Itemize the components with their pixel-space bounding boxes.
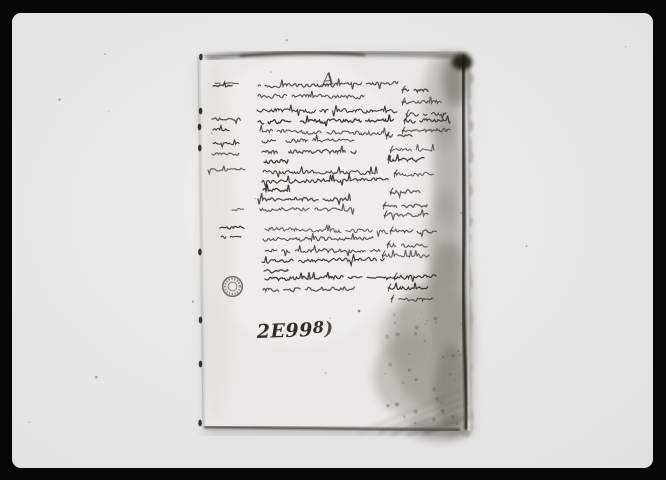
dust-speck	[286, 39, 288, 41]
mottle-speck	[409, 353, 411, 355]
binding-mark	[199, 317, 203, 324]
mottle-speck	[423, 340, 425, 342]
mottle-speck	[415, 378, 418, 381]
mottle-speck	[437, 400, 440, 403]
dust-speck	[264, 265, 265, 266]
mottle-speck	[454, 380, 456, 382]
mottle-speck	[414, 332, 417, 335]
paper-margin-shade	[197, 60, 233, 420]
mottle-speck	[415, 325, 419, 329]
mottle-speck	[461, 330, 463, 332]
mottle-speck	[402, 381, 405, 384]
cote-part2: 8	[311, 318, 324, 337]
mottle-speck	[414, 422, 416, 424]
dust-speck	[95, 376, 97, 378]
mottle-speck	[451, 354, 455, 358]
mottle-speck	[451, 415, 455, 419]
mottle-speck	[393, 313, 396, 316]
mottle-speck	[421, 312, 423, 314]
mottle-speck	[385, 335, 389, 339]
mottle-speck	[432, 387, 436, 391]
cote-part1: 2E99	[255, 319, 313, 343]
dust-speck	[104, 53, 106, 55]
stain-wash	[434, 55, 466, 435]
dust-speck	[192, 301, 194, 303]
dust-speck	[211, 132, 213, 134]
microfilm-frame: A 2E998)	[0, 0, 666, 480]
mottle-speck	[426, 320, 428, 322]
mottle-speck	[403, 415, 406, 418]
mottle-speck	[440, 402, 443, 405]
mottle-speck	[432, 417, 436, 421]
dust-speck	[270, 71, 271, 72]
dust-speck	[58, 98, 60, 100]
binding-mark	[199, 108, 203, 115]
mottle-speck	[435, 397, 439, 401]
dust-speck	[625, 46, 626, 47]
mottle-speck	[388, 363, 392, 367]
mottle-speck	[448, 373, 451, 376]
mottle-speck	[385, 373, 387, 375]
dust-speck	[255, 198, 257, 200]
mottle-speck	[456, 417, 457, 418]
bottom-edge-shadow	[204, 431, 462, 434]
mottle-speck	[442, 356, 444, 358]
dust-speck	[325, 372, 327, 374]
cote-part3: )	[323, 318, 334, 339]
mottle-speck	[435, 322, 437, 324]
ink-speck	[358, 310, 361, 313]
mottle-speck	[414, 410, 418, 414]
mottle-speck	[457, 350, 459, 352]
dust-speck	[108, 111, 109, 112]
mottle-speck	[396, 332, 400, 336]
binding-mark	[199, 54, 203, 61]
mottle-speck	[408, 369, 411, 372]
mottle-speck	[386, 404, 390, 408]
mottle-speck	[424, 323, 426, 325]
dust-speck	[29, 422, 30, 423]
mottle-speck	[455, 422, 459, 426]
mottle-speck	[458, 353, 461, 356]
mottle-speck	[395, 402, 399, 406]
binding-mark	[198, 420, 202, 427]
binding-mark	[198, 145, 202, 152]
manuscript-scan: A 2E998)	[0, 0, 666, 480]
mottle-speck	[434, 317, 437, 320]
dust-speck	[461, 212, 463, 214]
mottle-speck	[394, 321, 397, 324]
mottle-speck	[460, 323, 463, 326]
binding-mark	[198, 124, 202, 131]
mottle-speck	[441, 409, 445, 413]
dust-speck	[526, 245, 528, 247]
binding-mark	[199, 361, 203, 368]
binding-mark	[198, 249, 202, 256]
